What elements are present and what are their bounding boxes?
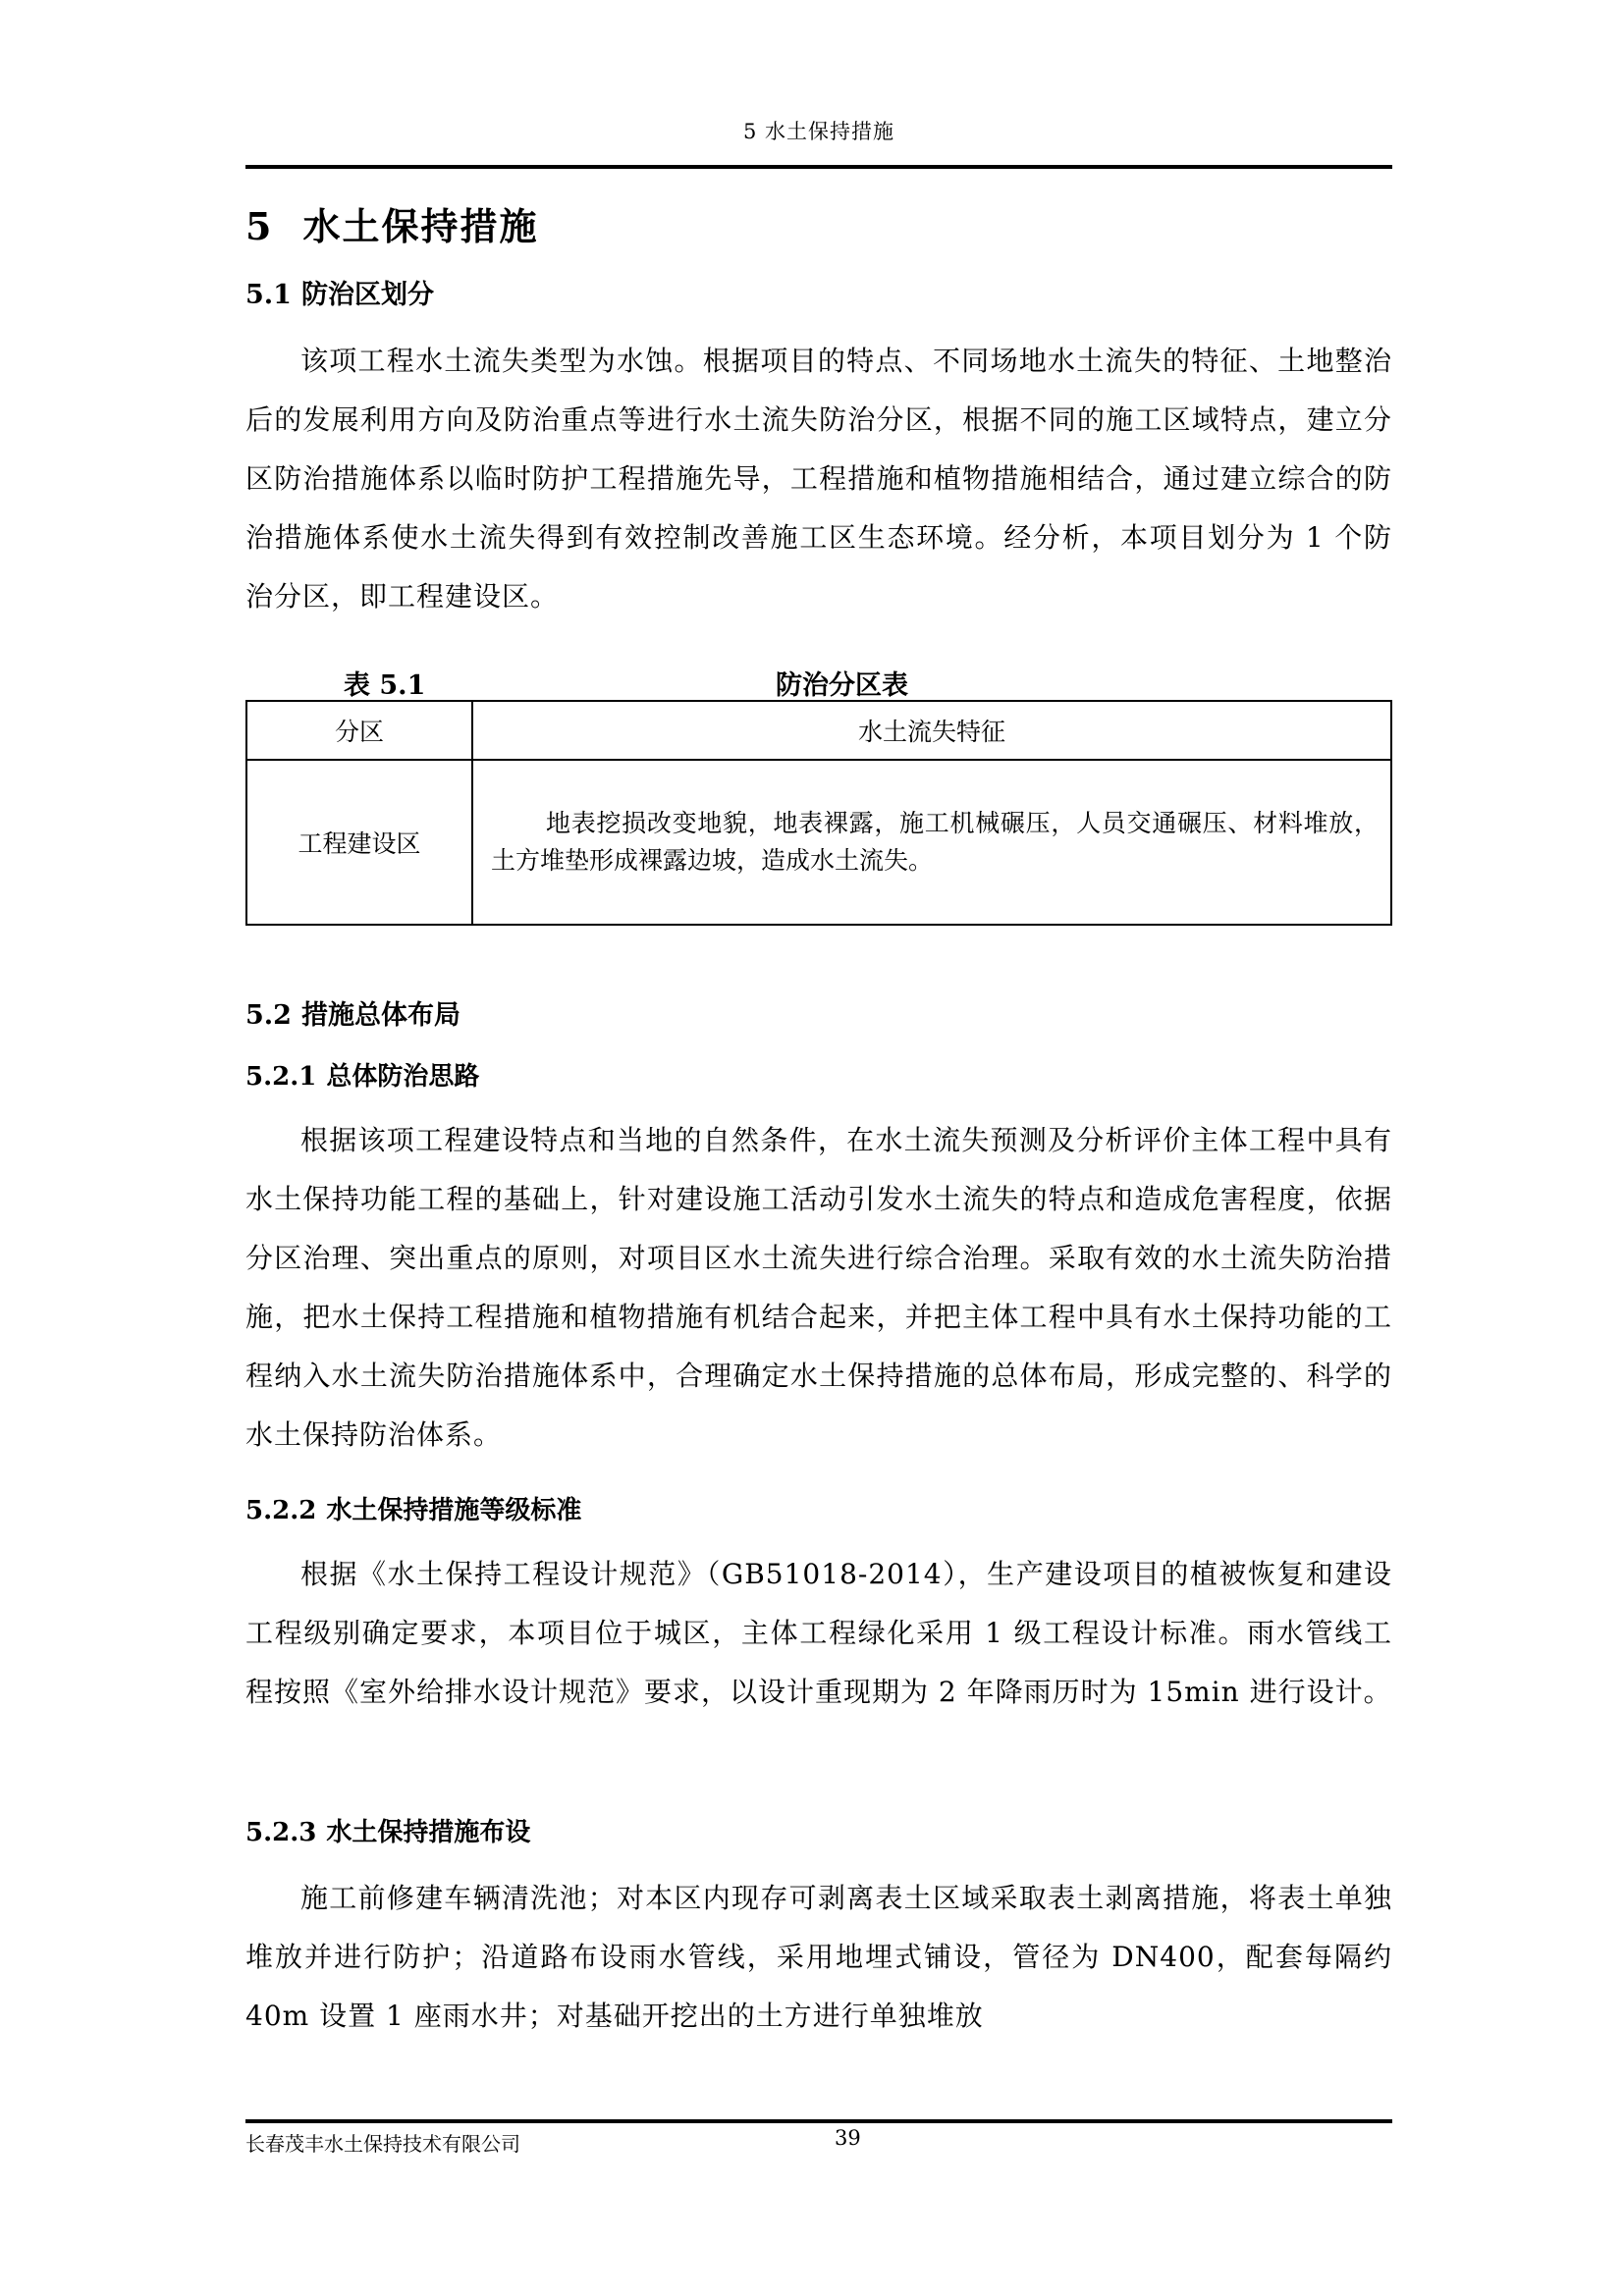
paragraph-5-2-1: 根据该项工程建设特点和当地的自然条件，在水土流失预测及分析评价主体工程中具有水土… [245, 1111, 1392, 1465]
column-header-zone: 分区 [246, 701, 472, 760]
paragraph-5-2-2: 根据《水土保持工程设计规范》（GB51018-2014），生产建设项目的植被恢复… [245, 1545, 1392, 1722]
section-title: 措施总体布局 [301, 1000, 460, 1031]
chapter-title: 5水土保持措施 [245, 196, 538, 250]
section-title: 水土保持措施等级标准 [326, 1496, 581, 1525]
section-title: 防治区划分 [301, 280, 434, 310]
section-heading-5-2-3: 5.2.3水土保持措施布设 [245, 1812, 530, 1848]
paragraph-5-1: 该项工程水土流失类型为水蚀。根据项目的特点、不同场地水土流失的特征、土地整治后的… [245, 332, 1392, 626]
running-header: 5 水土保持措施 [245, 116, 1392, 145]
section-number: 5.2 [245, 1000, 292, 1031]
table-caption-number: 表 5.1 [344, 664, 425, 702]
column-header-feature: 水土流失特征 [472, 701, 1391, 760]
cell-feature: 地表挖损改变地貌，地表裸露，施工机械碾压，人员交通碾压、材料堆放，土方堆垫形成裸… [472, 760, 1391, 925]
section-heading-5-2-1: 5.2.1总体防治思路 [245, 1056, 479, 1093]
section-heading-5-2-2: 5.2.2水土保持措施等级标准 [245, 1490, 581, 1526]
table-caption-title: 防治分区表 [776, 664, 908, 702]
section-title: 水土保持措施布设 [326, 1818, 530, 1847]
document-page: 5 水土保持措施 5水土保持措施 5.1防治区划分 该项工程水土流失类型为水蚀。… [245, 0, 1392, 2296]
chapter-number: 5 [245, 204, 273, 248]
section-title: 总体防治思路 [326, 1062, 479, 1092]
page-number: 39 [835, 2126, 861, 2150]
section-number: 5.2.1 [245, 1062, 316, 1092]
chapter-title-text: 水土保持措施 [302, 204, 538, 248]
section-heading-5-2: 5.2措施总体布局 [245, 993, 460, 1032]
cell-zone: 工程建设区 [246, 760, 472, 925]
section-heading-5-1: 5.1防治区划分 [245, 273, 434, 311]
section-number: 5.2.2 [245, 1496, 316, 1525]
footer-company: 长春茂丰水土保持技术有限公司 [245, 2128, 520, 2157]
paragraph-5-2-3: 施工前修建车辆清洗池；对本区内现存可剥离表土区域采取表土剥离措施，将表土单独堆放… [245, 1869, 1392, 2046]
header-rule [245, 165, 1392, 169]
table-row: 工程建设区 地表挖损改变地貌，地表裸露，施工机械碾压，人员交通碾压、材料堆放，土… [246, 760, 1391, 925]
table-caption: 表 5.1 防治分区表 [245, 664, 1392, 703]
zone-table: 分区 水土流失特征 工程建设区 地表挖损改变地貌，地表裸露，施工机械碾压，人员交… [245, 700, 1392, 926]
footer-rule [245, 2119, 1392, 2123]
section-number: 5.2.3 [245, 1818, 316, 1847]
section-number: 5.1 [245, 280, 292, 310]
table-header-row: 分区 水土流失特征 [246, 701, 1391, 760]
